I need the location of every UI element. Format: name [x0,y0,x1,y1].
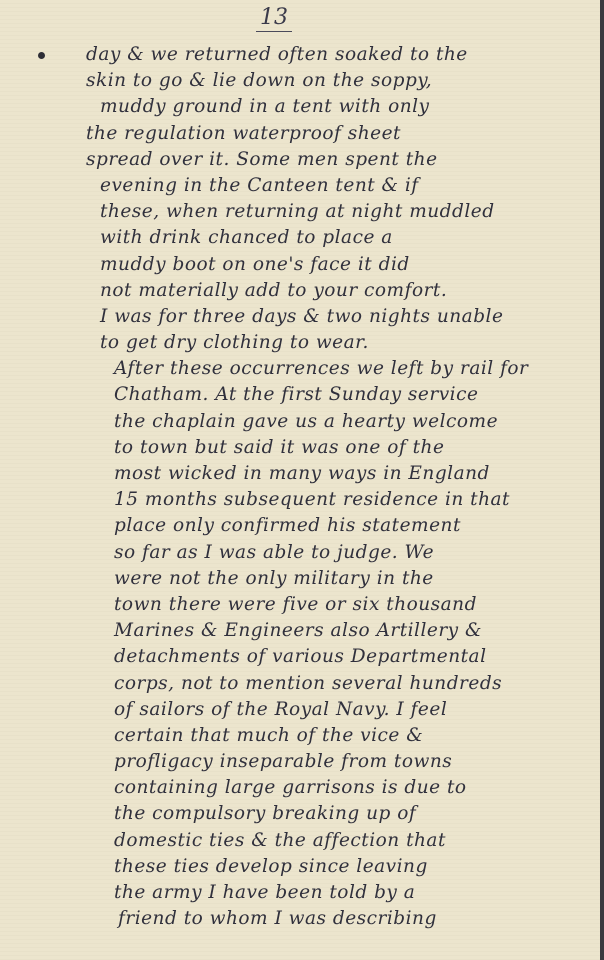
text-line: not materially add to your comfort. [86,278,596,304]
text-line: certain that much of the vice & [86,723,596,749]
text-line: I was for three days & two nights unable [86,304,596,330]
text-line: domestic ties & the affection that [86,828,596,854]
text-line: spread over it. Some men spent the [86,147,596,173]
text-line: town there were five or six thousand [86,592,596,618]
text-line: with drink chanced to place a [86,225,596,251]
text-line: most wicked in many ways in England [86,461,596,487]
page-number: 13 [256,6,292,32]
text-line: these ties develop since leaving [86,854,596,880]
text-line: evening in the Canteen tent & if [86,173,596,199]
text-line: detachments of various Departmental [86,644,596,670]
text-line: the compulsory breaking up of [86,801,596,827]
text-line: were not the only military in the [86,566,596,592]
text-line: muddy boot on one's face it did [86,252,596,278]
text-line: skin to go & lie down on the soppy, [86,68,596,94]
text-line: profligacy inseparable from towns [86,749,596,775]
text-line: After these occurrences we left by rail … [86,356,596,382]
text-line: the army I have been told by a [86,880,596,906]
text-line: to town but said it was one of the [86,435,596,461]
text-line: Chatham. At the first Sunday service [86,382,596,408]
text-line: so far as I was able to judge. We [86,540,596,566]
text-line: Marines & Engineers also Artillery & [86,618,596,644]
text-line: day & we returned often soaked to the [86,42,596,68]
manuscript-page: 13 day & we returned often soaked to the… [0,0,604,960]
handwritten-text-block: day & we returned often soaked to the sk… [86,42,596,932]
text-line: these, when returning at night muddled [86,199,596,225]
text-line: the chaplain gave us a hearty welcome [86,409,596,435]
ink-blot-mark [38,52,45,59]
text-line: corps, not to mention several hundreds [86,671,596,697]
text-line: containing large garrisons is due to [86,775,596,801]
text-line: the regulation waterproof sheet [86,121,596,147]
text-line: of sailors of the Royal Navy. I feel [86,697,596,723]
text-line: to get dry clothing to wear. [86,330,596,356]
text-line: friend to whom I was describing [86,906,596,932]
text-line: 15 months subsequent residence in that [86,487,596,513]
text-line: muddy ground in a tent with only [86,94,596,120]
text-line: place only confirmed his statement [86,513,596,539]
